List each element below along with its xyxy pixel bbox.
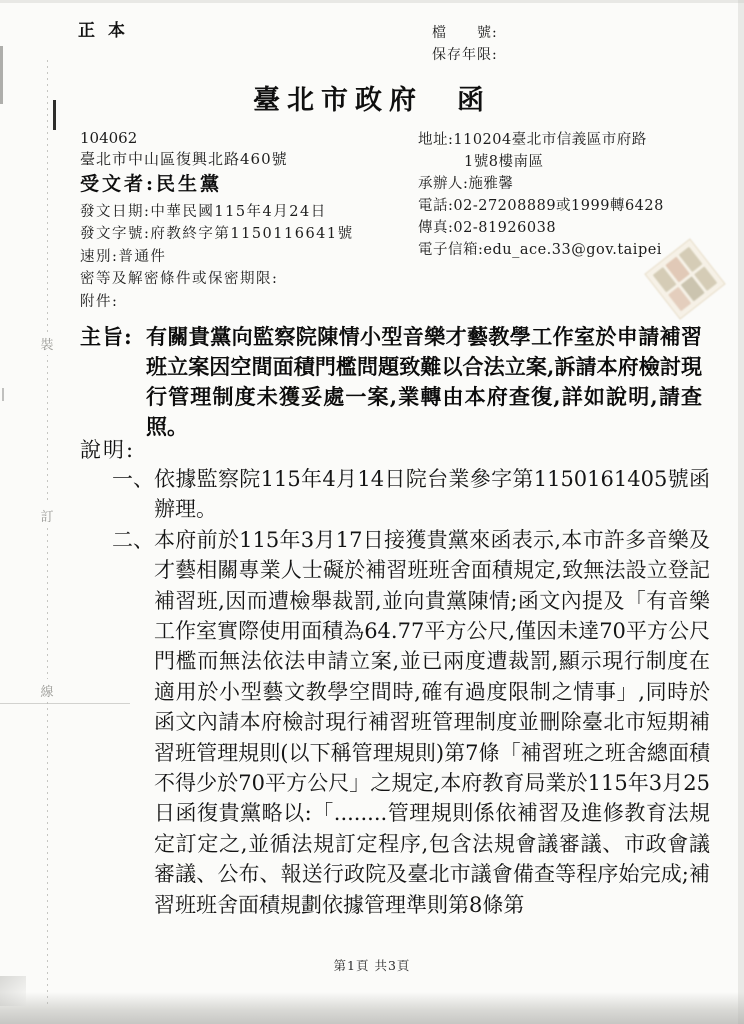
- subject-text: 有關貴黨向監察院陳情小型音樂才藝教學工作室於申請補習班立案因空間面積門檻問題致難…: [146, 322, 702, 442]
- contact-email: 電子信箱:edu_ace.33@gov.taipei: [418, 239, 664, 261]
- description-item-2: 二、 本府前於115年3月17日接獲貴黨來函表示,本市許多音樂及才藝相關專業人士…: [112, 525, 704, 920]
- binding-mark-xian: 線: [38, 679, 56, 702]
- item-text: 依據監察院115年4月14日院台業參字第1150161405號函辦理。: [154, 464, 710, 525]
- classification-line: 密等及解密條件或保密期限:: [80, 268, 354, 290]
- item-text: 本府前於115年3月17日接獲貴黨來函表示,本市許多音樂及才藝相關專業人士礙於補…: [154, 525, 710, 920]
- scan-edge-bottom: [0, 992, 744, 1024]
- file-number-label: 檔 號:: [432, 22, 498, 44]
- description-label: 說明:: [80, 434, 135, 464]
- item-number: 二、: [112, 525, 154, 920]
- file-number-block: 檔 號: 保存年限:: [432, 22, 498, 66]
- scan-crease-line: [0, 703, 130, 704]
- retention-period-label: 保存年限:: [432, 44, 498, 66]
- binding-dotted-line: [47, 60, 48, 1006]
- scan-corner-smudge: [0, 976, 26, 1006]
- description-item-1: 一、 依據監察院115年4月14日院台業參字第1150161405號函辦理。: [112, 464, 704, 525]
- dispatch-meta-block: 發文日期:中華民國115年4月24日 發文字號:府教終字第1150116641號…: [80, 201, 354, 313]
- document-title: 臺北市政府 函: [0, 78, 744, 117]
- dispatch-number: 發文字號:府教終字第1150116641號: [80, 223, 354, 245]
- scanned-official-letter: 裝 訂 線 正本 檔 號: 保存年限: 臺北市政府 函 104062 臺北市中山…: [0, 0, 744, 1024]
- agency-address-line2: 1號8樓南區: [418, 151, 664, 173]
- subject-label: 主旨:: [80, 322, 146, 442]
- delivery-speed: 速別:普通件: [80, 246, 354, 268]
- scan-edge-right: [738, 0, 744, 1024]
- binding-mark-ding: 訂: [38, 504, 56, 527]
- attachment-line: 附件:: [80, 291, 354, 313]
- item-number: 一、: [112, 464, 154, 525]
- recipient-postal-code: 104062: [80, 128, 288, 149]
- contact-fax: 傳真:02-81926038: [418, 217, 664, 239]
- contact-phone: 電話:02-27208889或1999轉6428: [418, 195, 664, 217]
- recipient-name-line: 受文者:民生黨: [80, 170, 288, 199]
- dispatch-date: 發文日期:中華民國115年4月24日: [80, 201, 354, 223]
- recipient-address: 臺北市中山區復興北路460號: [80, 149, 288, 170]
- subject-section: 主旨: 有關貴黨向監察院陳情小型音樂才藝教學工作室於申請補習班立案因空間面積門檻…: [80, 322, 702, 442]
- scan-edge-top: [0, 0, 744, 3]
- recipient-block: 104062 臺北市中山區復興北路460號 受文者:民生黨: [80, 128, 288, 199]
- copy-type-label: 正本: [78, 16, 138, 41]
- agency-contact-block: 地址:110204臺北市信義區市府路 1號8樓南區 承辦人:施雅馨 電話:02-…: [418, 129, 664, 261]
- binding-mark-zhuang: 裝: [38, 332, 56, 355]
- scan-speck: [2, 388, 4, 401]
- description-items: 一、 依據監察院115年4月14日院台業參字第1150161405號函辦理。 二…: [112, 464, 704, 920]
- contact-officer: 承辦人:施雅馨: [418, 173, 664, 195]
- page-number-footer: 第1頁 共3頁: [0, 956, 744, 974]
- agency-address-line1: 地址:110204臺北市信義區市府路: [418, 129, 664, 151]
